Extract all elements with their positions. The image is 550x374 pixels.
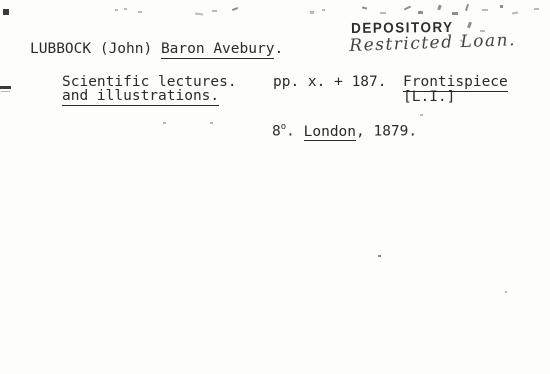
frontispiece-note: Frontispiece: [403, 75, 508, 89]
imprint-rest: , 1879.: [356, 124, 417, 140]
imprint: 8o. London, 1879.: [272, 120, 417, 139]
title-line-1: Scientific lectures.: [62, 75, 237, 89]
author-heading: LUBBOCK (John) Baron Avebury.: [30, 42, 283, 56]
author-heading-prefix: LUBBOCK (John): [30, 41, 161, 57]
imprint-separator: .: [286, 124, 303, 140]
corner-ink-mark: [3, 9, 9, 15]
left-margin-dash-shadow: [1, 91, 10, 92]
author-heading-suffix: .: [274, 41, 283, 57]
title-line-2: and illustrations.: [62, 89, 219, 103]
title-line-2-underlined: and illustrations.: [62, 88, 219, 106]
left-margin-dash: [0, 86, 11, 89]
author-heading-underlined: Baron Avebury: [161, 41, 275, 59]
imprint-place-underlined: London: [304, 124, 356, 142]
imprint-size-number: 8: [272, 124, 281, 140]
collation: pp. x. + 187.: [273, 75, 387, 89]
catalog-card: DEPOSITORY Restricted Loan. LUBBOCK (Joh…: [0, 0, 550, 374]
library-mark: [L.I.]: [403, 90, 455, 104]
